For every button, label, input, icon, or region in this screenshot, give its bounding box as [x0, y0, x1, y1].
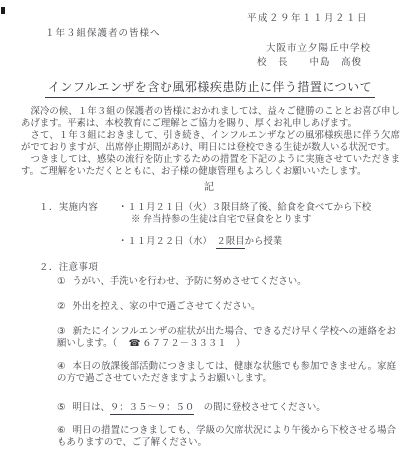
circled-1-icon: ① [57, 277, 65, 287]
school-name: 大阪市立夕陽丘中学校 [0, 43, 371, 55]
scan-artifact-mark [1, 7, 5, 14]
document-title: インフルエンザを含む風邪様疾患防止に伴う措置について [45, 78, 375, 98]
addressee-line: １年３組保護者の皆様へ [45, 28, 420, 40]
note-text: 本日の放課後部活動につきましては、健康な状態でも参加できません。家庭の方で過ごさ… [57, 362, 396, 384]
paragraph-situation: さて、１年３組におきまして、引き続き、インフルエンザなどの風邪様疾患に伴う欠席が… [21, 130, 400, 154]
note-item-6: ⑥明日の措置につきましても、学級の欠席状況により午後から下校させる場合もあります… [57, 425, 396, 449]
record-marker: 記 [0, 181, 420, 194]
title-wrap: インフルエンザを含む風邪様疾患防止に伴う措置について [0, 78, 420, 98]
circled-6-icon: ⑥ [57, 426, 66, 436]
paragraph-request: つきましては、感染の流行を防止するための措置を下記のように実施させていただきます… [21, 154, 400, 178]
note-text: うがい、手洗いを行わせ、予防に努めさせてください。 [72, 277, 306, 287]
circled-2-icon: ② [57, 302, 65, 312]
note-text: 明日は、 [72, 403, 110, 413]
note-item-4: ④本日の放課後部活動につきましては、健康な状態でも参加できません。家庭の方で過ご… [57, 361, 396, 385]
sender-block: 大阪市立夕陽丘中学校 校 長 中島 高俊 [0, 43, 420, 69]
circled-3-icon: ③ [57, 327, 66, 337]
note-item-1: ①うがい、手洗いを行わせ、予防に努めさせてください。 [57, 276, 396, 288]
phone-icon: ☎ [129, 339, 141, 349]
note-text: 外出を控え、家の中で過ごさせてください。 [72, 302, 260, 312]
body-text: 深冷の候、１年３組の保護者の皆様におかれましては、益々ご健勝のこととお喜び申しあ… [21, 106, 400, 178]
section1-item1: ・１１月２１日（火）３限目終了後、給食を食べてから下校 [118, 202, 371, 214]
note-item-5: ⑤明日は、９：３５～９：５０ の間に登校させてください。 [57, 402, 396, 414]
note-item-2: ②外出を控え、家の中で過ごさせてください。 [57, 301, 396, 313]
section1-heading: １．実施内容 [39, 202, 118, 214]
document-date: 平成２９年１１月２１日 [0, 0, 420, 25]
note-text-after: の間に登校させてください。 [194, 403, 325, 413]
circled-4-icon: ④ [57, 362, 66, 372]
document-page: 平成２９年１１月２１日 １年３組保護者の皆様へ 大阪市立夕陽丘中学校 校 長 中… [0, 0, 420, 450]
section2-heading: ２．注意事項 [39, 262, 420, 274]
section-implementation: １．実施内容 ・１１月２１日（火）３限目終了後、給食を食べてから下校 ※ 弁当持… [0, 202, 420, 248]
phone-paren-close: ） [227, 339, 246, 349]
underlined-time-range: ９：３５～９：５０ [110, 403, 194, 415]
circled-5-icon: ⑤ [57, 403, 65, 413]
section1-row: １．実施内容 ・１１月２１日（火）３限目終了後、給食を食べてから下校 [39, 202, 400, 214]
paragraph-greeting: 深冷の候、１年３組の保護者の皆様におかれましては、益々ご健勝のこととお喜び申しあ… [21, 106, 400, 130]
phone-paren-open: （ [113, 339, 127, 349]
note-text: 明日の措置につきましても、学級の欠席状況により午後から下校させる場合もありますの… [57, 426, 396, 448]
section1-item1-note: ※ 弁当持参の生徒は自宅で昼食をとります [131, 214, 420, 226]
note-item-3: ③新たにインフルエンザの症状が出た場合、できるだけ早く学校への連絡をお願いします… [57, 326, 396, 350]
section-precautions: ２．注意事項 ①うがい、手洗いを行わせ、予防に努めさせてください。 ②外出を控え… [0, 262, 420, 449]
principal-line: 校 長 中島 高俊 [0, 57, 371, 69]
phone-number: ６７７２－３３３１ [142, 339, 226, 349]
underlined-period: ２限目 [216, 237, 244, 249]
section1-item2: ・１１月２２日（水） ２限目から授業 [118, 236, 420, 248]
